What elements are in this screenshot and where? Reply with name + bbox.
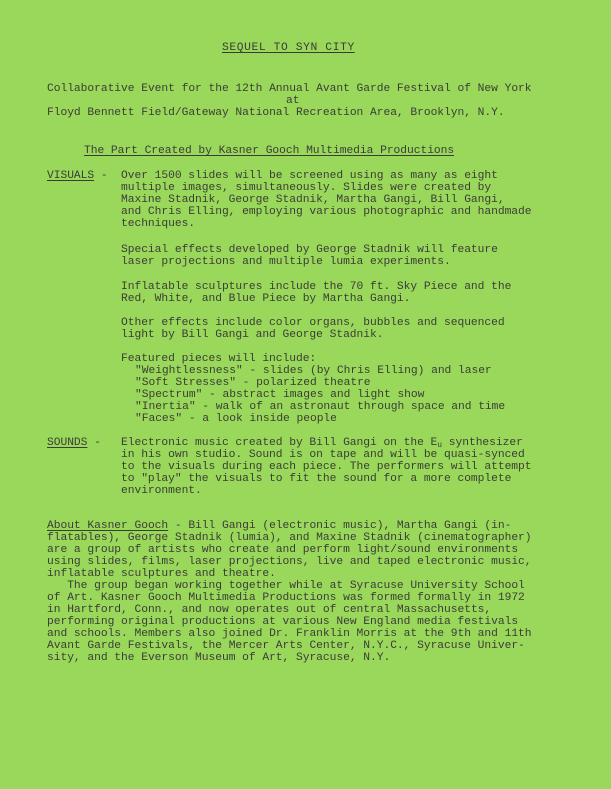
- visuals-label: VISUALS: [47, 170, 94, 182]
- sounds-label-row: SOUNDS -: [47, 437, 108, 450]
- about-line: sity, and the Everson Museum of Art, Syr…: [47, 652, 390, 665]
- visuals-para1-line: techniques.: [121, 218, 195, 231]
- visuals-para3-line: Red, White, and Blue Piece by Martha Gan…: [121, 293, 410, 306]
- featured-item: "Faces" - a look inside people: [135, 413, 337, 426]
- sounds-label: SOUNDS: [47, 437, 87, 449]
- about-text: - Bill Gangi (electronic music), Martha …: [168, 520, 511, 532]
- about-heading: About Kasner Gooch: [47, 520, 168, 532]
- sounds-dash: -: [87, 437, 107, 449]
- document-title: SEQUEL TO SYN CITY: [222, 42, 355, 55]
- sounds-text: synthesizer: [442, 437, 523, 449]
- visuals-para4-line: light by Bill Gangi and George Stadnik.: [121, 329, 383, 342]
- header-line-3: Floyd Bennett Field/Gateway National Rec…: [47, 107, 505, 120]
- visuals-dash: -: [94, 170, 114, 182]
- sounds-text: Electronic music created by Bill Gangi o…: [121, 437, 437, 449]
- sounds-line: environment.: [121, 485, 202, 498]
- visuals-label-row: VISUALS -: [47, 170, 114, 183]
- visuals-para2-line: laser projections and multiple lumia exp…: [121, 256, 451, 269]
- section-heading: The Part Created by Kasner Gooch Multime…: [84, 145, 454, 158]
- document-page: SEQUEL TO SYN CITY Collaborative Event f…: [0, 0, 611, 789]
